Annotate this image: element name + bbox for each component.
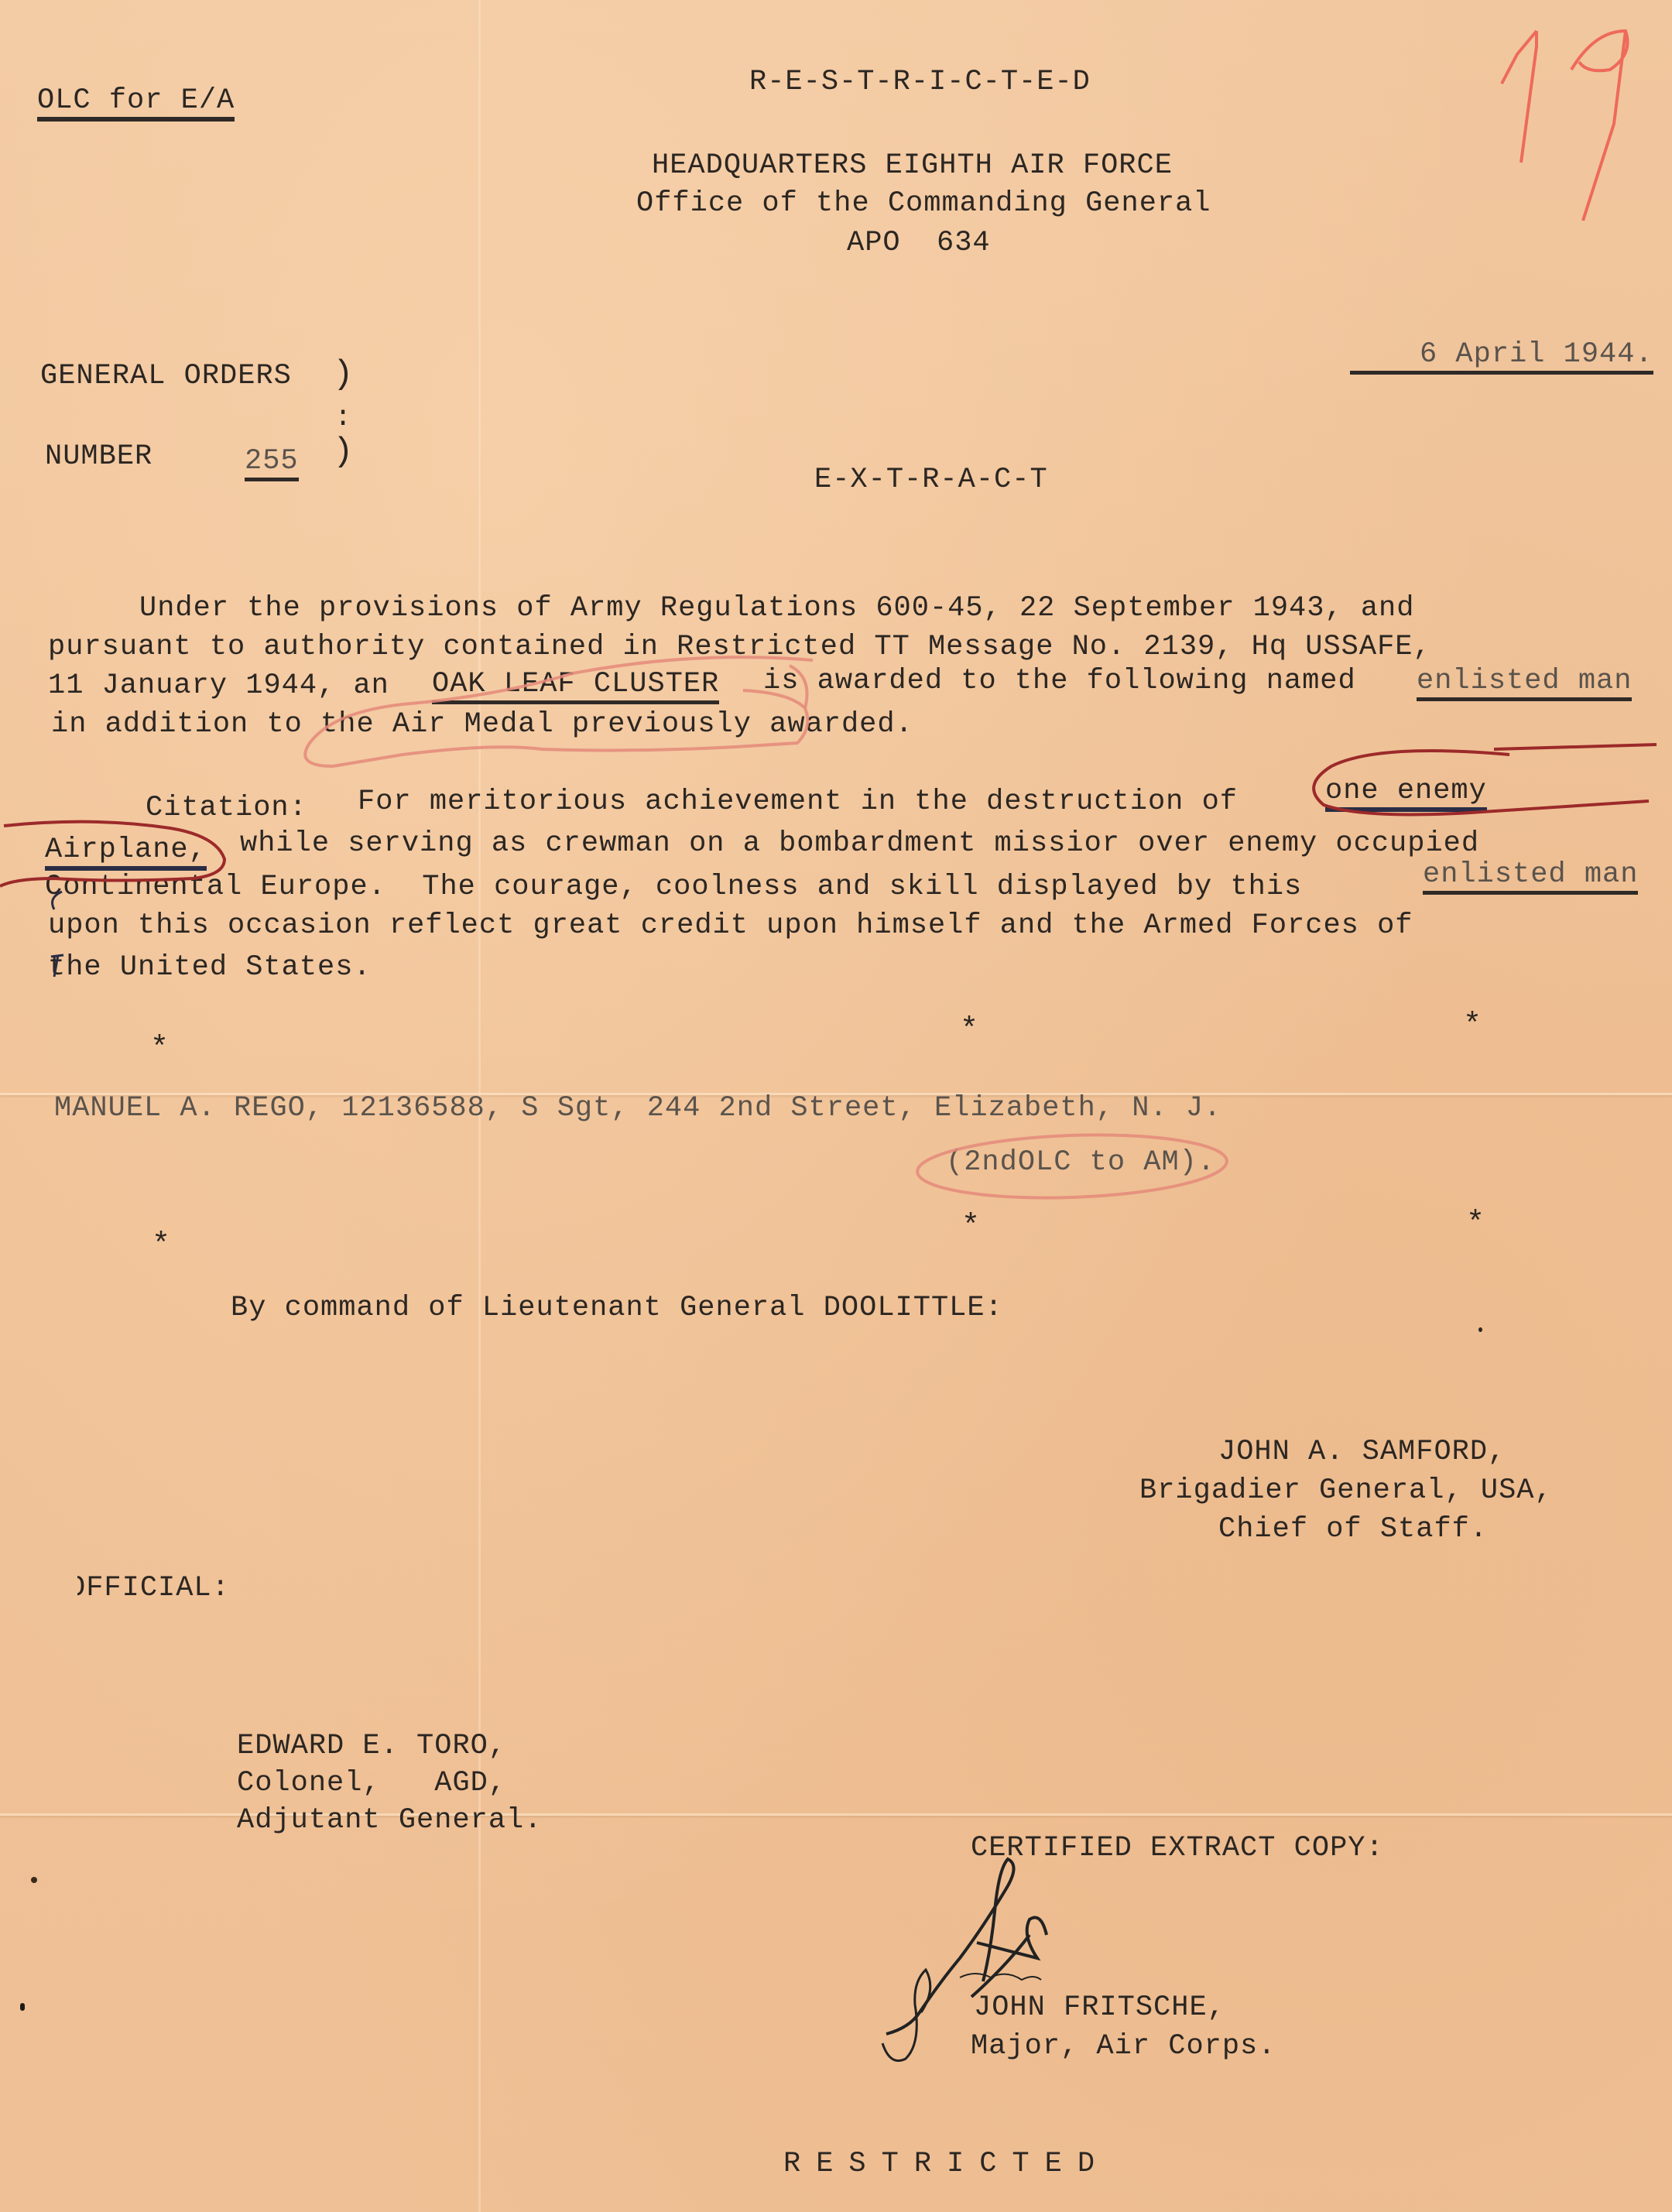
citation-highlight: enlisted man bbox=[1423, 861, 1638, 895]
general-orders-label: GENERAL ORDERS bbox=[40, 362, 292, 391]
citation-line: upon this occasion reflect great credit … bbox=[48, 912, 1413, 940]
asterisk-separator: * bbox=[960, 1015, 979, 1046]
paragraph-line: 11 January 1944, an bbox=[48, 672, 389, 700]
citation-line: while serving as crewman on a bombardmen… bbox=[240, 830, 1479, 858]
header-line-1: HEADQUARTERS EIGHTH AIR FORCE bbox=[652, 152, 1173, 180]
header-line-3: APO 634 bbox=[847, 229, 991, 258]
paragraph-line: Under the provisions of Army Regulations… bbox=[139, 594, 1414, 623]
paragraph-line: is awarded to the following named bbox=[763, 667, 1356, 696]
stray-mark bbox=[1478, 1327, 1482, 1332]
asterisk-separator: * bbox=[1466, 1209, 1485, 1240]
document-page: OLC for E/A R-E-S-T-R-I-C-T-E-D HEADQUAR… bbox=[0, 0, 1672, 2212]
official-name: EDWARD E. TORO, bbox=[237, 1732, 506, 1761]
paragraph-line: in addition to the Air Medal previously … bbox=[51, 711, 913, 739]
certification-label: CERTIFIED EXTRACT COPY: bbox=[971, 1834, 1384, 1863]
signatory-name: JOHN A. SAMFORD, bbox=[1218, 1438, 1506, 1467]
citation-highlight: Airplane, bbox=[45, 836, 207, 871]
citation-line: Continental Europe. The courage, coolnes… bbox=[45, 873, 1302, 902]
asterisk-separator: * bbox=[961, 1212, 981, 1243]
citation-line: For meritorious achievement in the destr… bbox=[358, 788, 1238, 817]
order-number: 255 bbox=[245, 447, 299, 481]
asterisk-separator: * bbox=[150, 1034, 170, 1065]
recipient-type: enlisted man bbox=[1417, 667, 1632, 701]
award-note: (2ndOLC to AM). bbox=[946, 1149, 1215, 1177]
punch-dot bbox=[31, 1877, 37, 1883]
citation-line: the United States. bbox=[48, 954, 372, 982]
header-line-2: Office of the Commanding General bbox=[636, 190, 1211, 218]
corner-note: OLC for E/A bbox=[37, 87, 235, 122]
asterisk-separator: * bbox=[152, 1231, 171, 1262]
extract-title: E-X-T-R-A-C-T bbox=[814, 466, 1048, 495]
punch-dot bbox=[20, 2003, 25, 2011]
certifier-rank: Major, Air Corps. bbox=[971, 2032, 1276, 2061]
order-date: 6 April 1944. bbox=[1350, 341, 1653, 375]
official-label: OFFICIAL: bbox=[68, 1574, 230, 1603]
bracket: ) bbox=[333, 358, 354, 392]
recipient-line: MANUEL A. REGO, 12136588, S Sgt, 244 2nd… bbox=[54, 1094, 1221, 1123]
command-line: By command of Lieutenant General DOOLITT… bbox=[231, 1294, 1003, 1323]
bracket: ) bbox=[333, 435, 354, 469]
signatory-title: Chief of Staff. bbox=[1218, 1515, 1488, 1544]
citation-highlight: one enemy bbox=[1325, 777, 1487, 812]
official-rank: Colonel, AGD, bbox=[237, 1769, 506, 1798]
classification-header: R-E-S-T-R-I-C-T-E-D bbox=[749, 68, 1091, 97]
official-title: Adjutant General. bbox=[237, 1806, 542, 1835]
paragraph-line: pursuant to authority contained in Restr… bbox=[48, 633, 1431, 662]
colon: : bbox=[334, 404, 352, 433]
asterisk-separator: * bbox=[1463, 1011, 1482, 1042]
number-label: NUMBER bbox=[45, 443, 152, 471]
certifier-name: JOHN FRITSCHE, bbox=[974, 1994, 1225, 2022]
signatory-rank: Brigadier General, USA, bbox=[1139, 1477, 1553, 1505]
citation-label: Citation: bbox=[146, 794, 307, 823]
award-name: OAK LEAF CLUSTER bbox=[432, 670, 719, 704]
classification-footer: RESTRICTED bbox=[783, 2150, 1110, 2179]
